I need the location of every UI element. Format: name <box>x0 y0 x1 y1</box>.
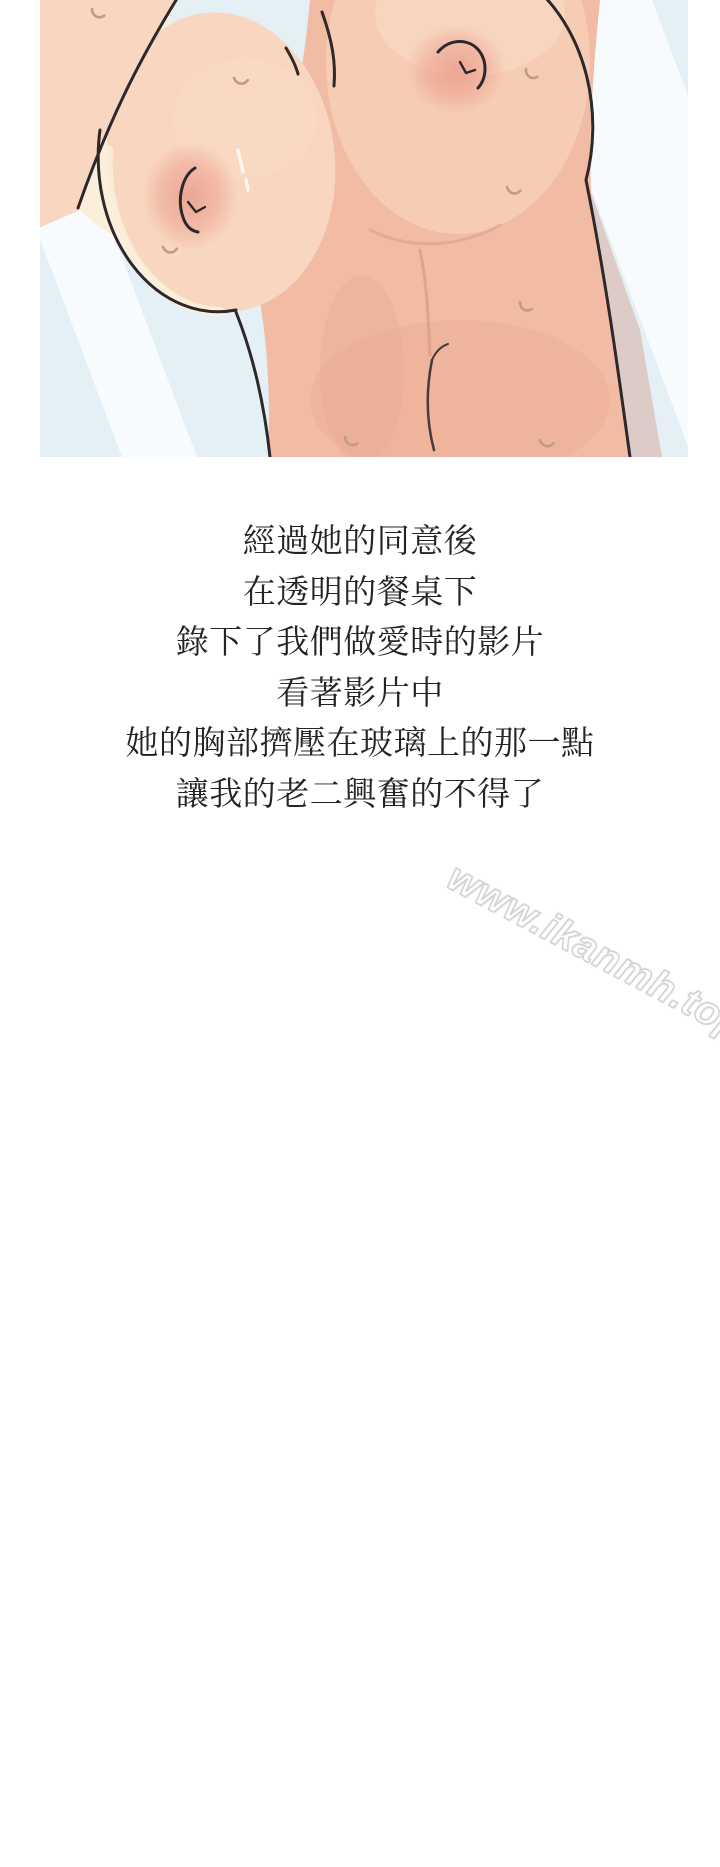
caption-line: 在透明的餐桌下 <box>0 567 720 618</box>
caption-line: 錄下了我們做愛時的影片 <box>0 617 720 668</box>
comic-panel <box>40 0 688 457</box>
blush-mark-left <box>142 142 238 250</box>
caption-line: 看著影片中 <box>0 668 720 719</box>
page: 經過她的同意後 在透明的餐桌下 錄下了我們做愛時的影片 看著影片中 她的胸部擠壓… <box>0 0 720 1867</box>
caption-line: 經過她的同意後 <box>0 516 720 567</box>
torso-illustration <box>40 0 688 457</box>
blush-mark-right <box>406 25 506 115</box>
abdomen-shading <box>320 275 404 457</box>
caption-line: 她的胸部擠壓在玻璃上的那一點 <box>0 718 720 769</box>
caption-block: 經過她的同意後 在透明的餐桌下 錄下了我們做愛時的影片 看著影片中 她的胸部擠壓… <box>0 516 720 819</box>
caption-line: 讓我的老二興奮的不得了 <box>0 769 720 820</box>
watermark: www.ikanmh.top <box>440 855 720 1050</box>
